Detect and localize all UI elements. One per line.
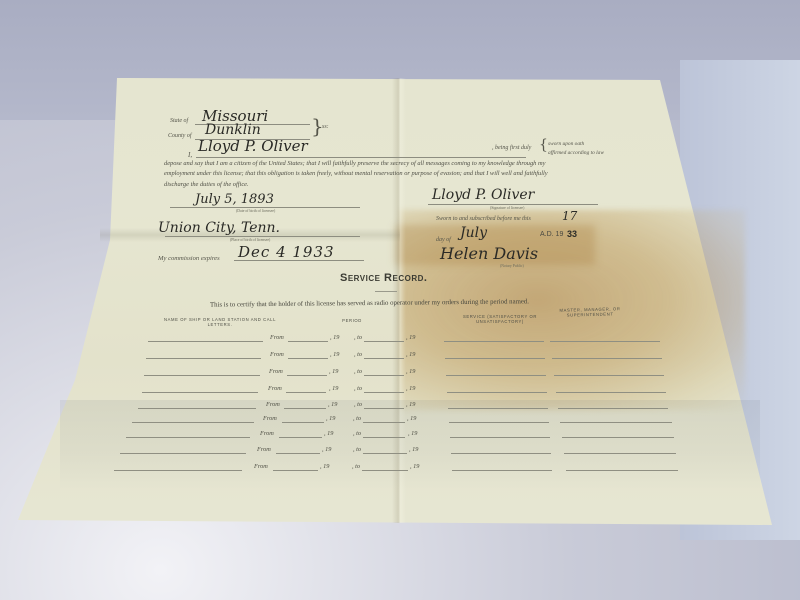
day-of-label: day of xyxy=(436,237,451,243)
to-date-field[interactable] xyxy=(364,375,404,376)
oath-body-line-2: employment under this license; that this… xyxy=(164,170,548,177)
from-date-field[interactable] xyxy=(288,341,328,342)
table-row: From , 19 , to , 19 xyxy=(0,333,800,345)
ship-field[interactable] xyxy=(126,437,250,438)
to-date-field[interactable] xyxy=(364,392,404,393)
from-label: From xyxy=(266,401,280,408)
signature-line xyxy=(428,204,598,205)
commission-value: Dec 4 1933 xyxy=(238,243,335,261)
master-field[interactable] xyxy=(552,358,662,359)
sworn-subscribed-text: Sworn to and subscribed before me this xyxy=(436,216,531,222)
from-date-field[interactable] xyxy=(282,422,324,423)
table-row: From , 19 , to , 19 xyxy=(0,367,800,379)
ship-field[interactable] xyxy=(120,453,246,454)
master-field[interactable] xyxy=(562,437,674,438)
from-date-field[interactable] xyxy=(279,437,322,438)
to-label: , to xyxy=(353,430,361,437)
from-date-field[interactable] xyxy=(276,453,320,454)
table-row: From , 19 , to , 19 xyxy=(0,445,800,457)
birth-date-value: July 5, 1893 xyxy=(195,192,274,207)
year-label: , 19 xyxy=(329,368,338,375)
from-label: From xyxy=(263,415,277,422)
table-row: From , 19 , to , 19 xyxy=(0,429,800,441)
year-label: , 19 xyxy=(326,415,335,422)
birth-place-value: Union City, Tenn. xyxy=(158,220,280,236)
service-field[interactable] xyxy=(447,392,547,393)
from-label: From xyxy=(268,385,282,392)
to-date-field[interactable] xyxy=(363,437,405,438)
ship-field[interactable] xyxy=(114,470,242,471)
notary-caption: (Notary Public) xyxy=(500,264,524,268)
to-label: , to xyxy=(354,351,362,358)
year-label: , 19 xyxy=(320,463,329,470)
birth-date-caption: (Date of birth of licensee) xyxy=(236,209,275,213)
year-label: , 19 xyxy=(328,401,337,408)
year-label: , 19 xyxy=(409,446,418,453)
county-value: Dunklin xyxy=(205,122,261,138)
table-row: From , 19 , to , 19 xyxy=(0,400,800,412)
birth-place-caption: (Place of birth of licensee) xyxy=(230,238,270,242)
name-line xyxy=(196,157,526,158)
from-label: From xyxy=(270,351,284,358)
from-label: From xyxy=(257,446,271,453)
ship-field[interactable] xyxy=(132,422,254,423)
service-field[interactable] xyxy=(452,470,552,471)
ship-field[interactable] xyxy=(142,392,258,393)
ship-field[interactable] xyxy=(148,341,263,342)
master-field[interactable] xyxy=(550,341,660,342)
from-label: From xyxy=(269,368,283,375)
col-master: Master, Manager, or Superintendent xyxy=(555,306,625,318)
year-label: , 19 xyxy=(407,415,416,422)
notary-signature: Helen Davis xyxy=(440,244,538,263)
year-value: 33 xyxy=(567,229,577,239)
ship-field[interactable] xyxy=(144,375,260,376)
affirmed-according-to-law: affirmed according to law xyxy=(548,150,604,156)
oath-body-line-3: discharge the duties of the office. xyxy=(164,181,249,188)
to-label: , to xyxy=(354,334,362,341)
licensee-signature: Lloyd P. Oliver xyxy=(432,187,534,203)
service-field[interactable] xyxy=(445,358,545,359)
to-label: , to xyxy=(353,415,361,422)
service-field[interactable] xyxy=(444,341,544,342)
from-label: From xyxy=(270,334,284,341)
table-row: From , 19 , to , 19 xyxy=(0,350,800,362)
year-label: , 19 xyxy=(322,446,331,453)
to-label: , to xyxy=(353,446,361,453)
month-value: July xyxy=(460,225,487,241)
master-field[interactable] xyxy=(560,422,672,423)
to-label: , to xyxy=(354,401,362,408)
state-label: State of xyxy=(170,118,188,124)
year-label: , 19 xyxy=(406,351,415,358)
from-label: From xyxy=(260,430,274,437)
service-field[interactable] xyxy=(448,408,548,409)
year-label: , 19 xyxy=(324,430,333,437)
col-period: Period xyxy=(337,318,367,323)
year-label: , 19 xyxy=(406,368,415,375)
master-field[interactable] xyxy=(564,453,676,454)
commission-line xyxy=(234,260,364,261)
to-label: , to xyxy=(354,385,362,392)
year-label: , 19 xyxy=(406,401,415,408)
service-field[interactable] xyxy=(446,375,546,376)
year-label: , 19 xyxy=(406,334,415,341)
commission-label: My commission expires xyxy=(158,255,220,262)
to-date-field[interactable] xyxy=(363,453,407,454)
to-label: , to xyxy=(352,463,360,470)
service-record-title: Service Record. xyxy=(340,272,427,284)
ad-label: A.D. 19 xyxy=(540,231,563,238)
master-field[interactable] xyxy=(558,408,668,409)
year-label: , 19 xyxy=(410,463,419,470)
from-date-field[interactable] xyxy=(286,392,326,393)
brace-sworn: { xyxy=(539,137,548,153)
to-date-field[interactable] xyxy=(363,422,405,423)
to-date-field[interactable] xyxy=(364,408,404,409)
signature-caption: (Signature of licensee) xyxy=(490,206,524,210)
document-paper: State of Missouri County of Dunklin } ss… xyxy=(0,0,800,600)
table-row: From , 19 , to , 19 xyxy=(0,414,800,426)
ship-field[interactable] xyxy=(146,358,261,359)
to-date-field[interactable] xyxy=(362,470,408,471)
year-label: , 19 xyxy=(330,351,339,358)
col-service: Service (Satisfactory or Unsatisfactory) xyxy=(445,314,555,324)
title-underline xyxy=(375,291,397,292)
table-row: From , 19 , to , 19 xyxy=(0,384,800,396)
being-first-duly: , being first duly xyxy=(492,145,531,151)
year-label: , 19 xyxy=(329,385,338,392)
master-field[interactable] xyxy=(566,470,678,471)
to-date-field[interactable] xyxy=(364,341,404,342)
from-label: From xyxy=(254,463,268,470)
from-date-field[interactable] xyxy=(287,375,327,376)
service-field[interactable] xyxy=(450,437,550,438)
to-label: , to xyxy=(354,368,362,375)
ss-label: ss: xyxy=(322,124,329,130)
year-label: , 19 xyxy=(406,385,415,392)
birth-place-line xyxy=(165,236,360,237)
oath-body-line-1: depose and say that I am a citizen of th… xyxy=(164,160,545,167)
master-field[interactable] xyxy=(556,392,666,393)
from-date-field[interactable] xyxy=(284,408,326,409)
table-row: From , 19 , to , 19 xyxy=(0,462,800,474)
from-date-field[interactable] xyxy=(273,470,318,471)
col-ship-station: Name of Ship or Land Station and Call Le… xyxy=(160,317,280,327)
sworn-day-value: 17 xyxy=(562,209,577,223)
county-label: County of xyxy=(168,133,192,139)
i-label: I, xyxy=(188,151,192,159)
sworn-upon-oath: sworn upon oath xyxy=(548,141,584,147)
service-field[interactable] xyxy=(449,422,549,423)
to-date-field[interactable] xyxy=(364,358,404,359)
licensee-name: Lloyd P. Oliver xyxy=(198,137,308,155)
master-field[interactable] xyxy=(554,375,664,376)
year-label: , 19 xyxy=(330,334,339,341)
ship-field[interactable] xyxy=(138,408,256,409)
service-field[interactable] xyxy=(451,453,551,454)
from-date-field[interactable] xyxy=(288,358,328,359)
birth-date-line xyxy=(170,207,360,208)
year-label: , 19 xyxy=(408,430,417,437)
